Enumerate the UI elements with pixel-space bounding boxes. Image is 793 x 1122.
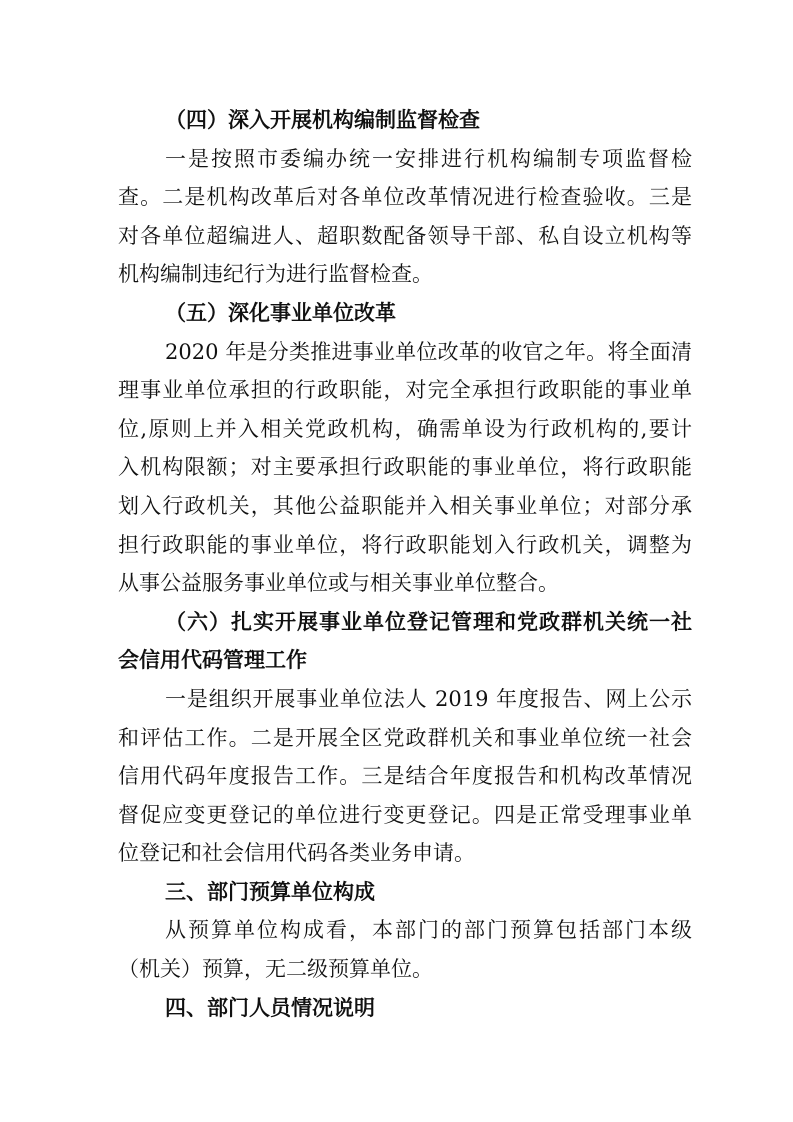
section-heading-5: （五）深化事业单位改革 bbox=[118, 294, 692, 333]
section-heading-4: （四）深入开展机构编制监督检查 bbox=[118, 101, 692, 140]
paragraph-line: 划入行政机关，其他公益职能并入相关事业单位；对部分承 bbox=[118, 487, 692, 526]
part-heading-4: 四、部门人员情况说明 bbox=[118, 989, 692, 1028]
paragraph-line: 位登记和社会信用代码各类业务申请。 bbox=[118, 834, 692, 873]
paragraph-line: 位,原则上并入相关党政机构，确需单设为行政机构的,要计 bbox=[118, 410, 692, 449]
section-heading-6-cont: 会信用代码管理工作 bbox=[118, 641, 692, 680]
paragraph-line: 从预算单位构成看，本部门的部门预算包括部门本级 bbox=[118, 911, 692, 950]
paragraph-line: 查。二是机构改革后对各单位改革情况进行检查验收。三是 bbox=[118, 178, 692, 217]
paragraph-line: 入机构限额；对主要承担行政职能的事业单位，将行政职能 bbox=[118, 448, 692, 487]
paragraph-line: 督促应变更登记的单位进行变更登记。四是正常受理事业单 bbox=[118, 796, 692, 835]
paragraph-line: 一是组织开展事业单位法人 2019 年度报告、网上公示 bbox=[118, 680, 692, 719]
section-heading-6: （六）扎实开展事业单位登记管理和党政群机关统一社 bbox=[118, 603, 692, 642]
paragraph-line: 信用代码年度报告工作。三是结合年度报告和机构改革情况 bbox=[118, 757, 692, 796]
paragraph-line: 对各单位超编进人、超职数配备领导干部、私自设立机构等 bbox=[118, 217, 692, 256]
paragraph-line: 机构编制违纪行为进行监督检查。 bbox=[118, 255, 692, 294]
document-page: （四）深入开展机构编制监督检查 一是按照市委编办统一安排进行机构编制专项监督检 … bbox=[118, 101, 692, 1027]
paragraph-line: 理事业单位承担的行政职能，对完全承担行政职能的事业单 bbox=[118, 371, 692, 410]
paragraph-line: 和评估工作。二是开展全区党政群机关和事业单位统一社会 bbox=[118, 719, 692, 758]
paragraph-line: 一是按照市委编办统一安排进行机构编制专项监督检 bbox=[118, 140, 692, 179]
paragraph-line: （机关）预算，无二级预算单位。 bbox=[118, 950, 692, 989]
part-heading-3: 三、部门预算单位构成 bbox=[118, 873, 692, 912]
paragraph-line: 担行政职能的事业单位，将行政职能划入行政机关，调整为 bbox=[118, 526, 692, 565]
paragraph-line: 2020 年是分类推进事业单位改革的收官之年。将全面清 bbox=[118, 333, 692, 372]
paragraph-line: 从事公益服务事业单位或与相关事业单位整合。 bbox=[118, 564, 692, 603]
